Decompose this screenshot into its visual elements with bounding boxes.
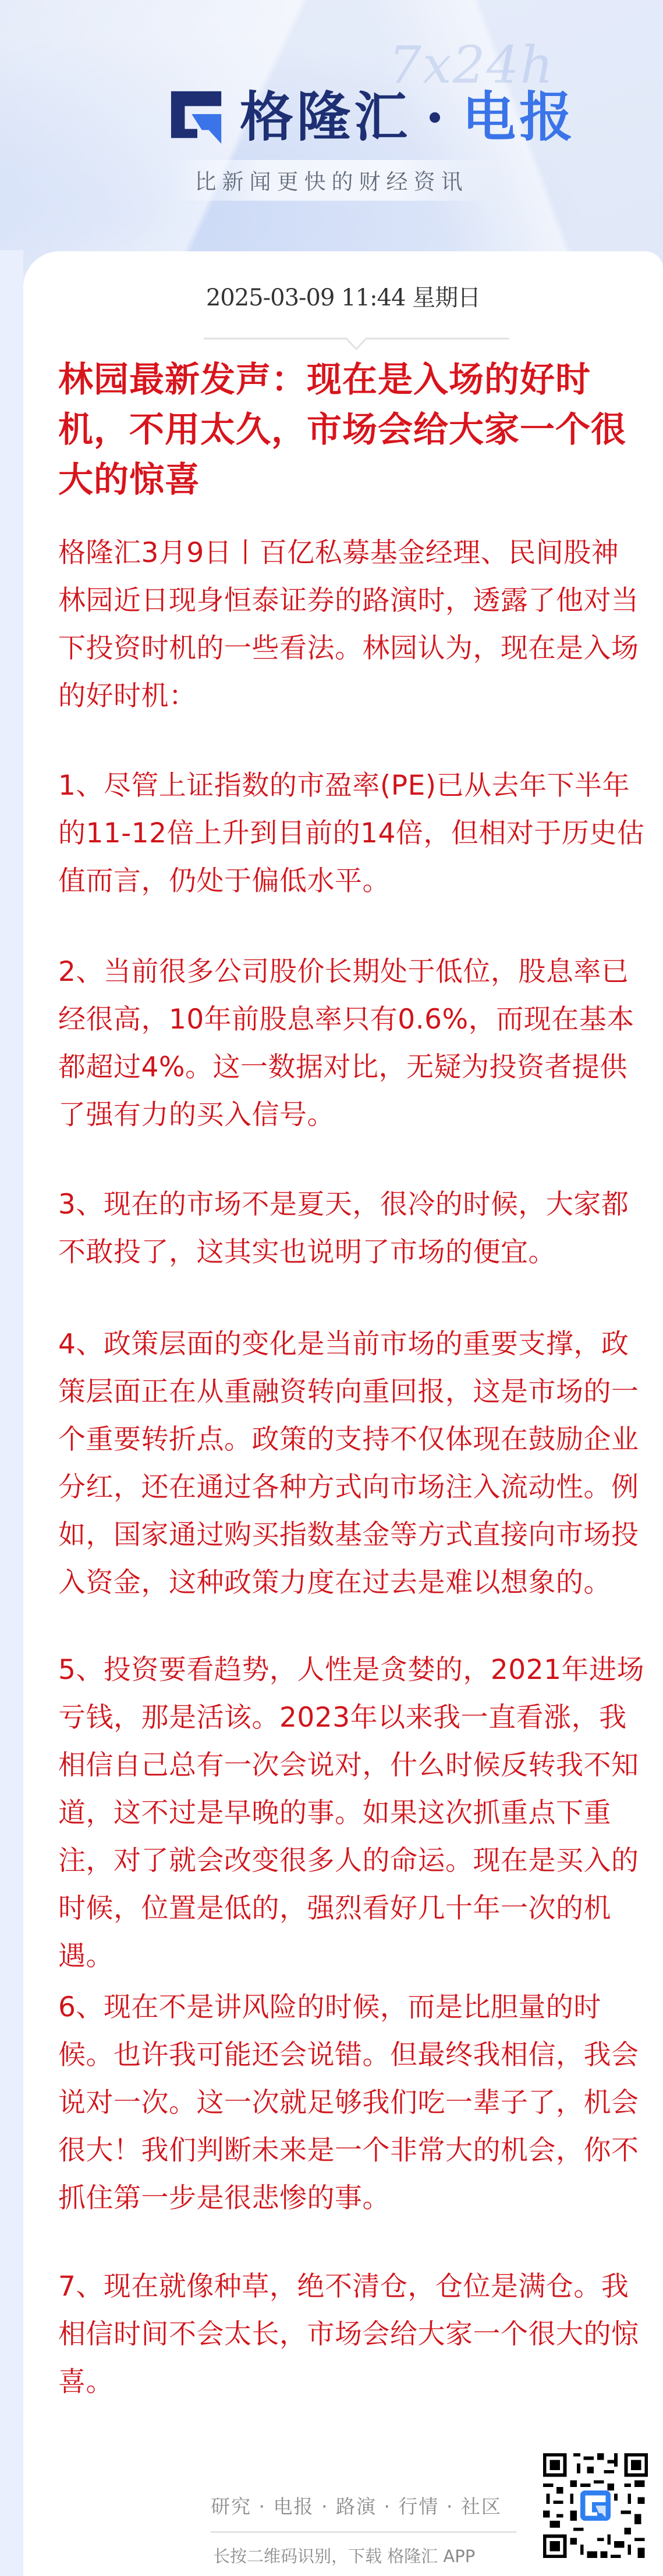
brand-header: 格隆汇 电报 bbox=[169, 83, 576, 152]
article-title: 林园最新发声：现在是入场的好时机，不用太久，市场会给大家一个很大的惊喜 bbox=[58, 355, 646, 505]
page-margin bbox=[0, 250, 23, 2576]
article-paragraph-intro: 格隆汇3月9日丨百亿私募基金经理、民间股神林园近日现身恒泰证券的路演时，透露了他… bbox=[58, 529, 646, 720]
gelonghui-logo-icon bbox=[169, 89, 226, 146]
article-paragraph-7: 7、现在就像种草，绝不清仓，仓位是满仓。我相信时间不会太长，市场会给大家一个很大… bbox=[58, 2263, 646, 2406]
brand-name: 格隆汇 bbox=[240, 91, 411, 144]
brand-subtitle: 电报 bbox=[462, 91, 576, 144]
download-app-prompt: 长按二维码识别，下载 格隆汇 APP bbox=[213, 2543, 522, 2567]
article-paragraph-4: 4、政策层面的变化是当前市场的重要支撑，政策层面正在从重融资转向重回报，这是市场… bbox=[58, 1321, 646, 1607]
article-paragraph-1: 1、尽管上证指数的市盈率(PE)已从去年下半年的11-12倍上升到目前的14倍，… bbox=[58, 762, 646, 905]
footer-divider bbox=[211, 2531, 516, 2533]
slogan: 比新闻更快的财经资讯 bbox=[0, 164, 663, 195]
qr-code-icon[interactable] bbox=[540, 2450, 651, 2561]
article-paragraph-5: 5、投资要看趋势，人性是贪婪的，2021年进场亏钱，那是活该。2023年以来我一… bbox=[58, 1646, 646, 1980]
date-divider-chevron bbox=[204, 332, 509, 355]
article-paragraph-6: 6、现在不是讲风险的时候，而是比胆量的时候。也许我可能还会说错。但最终我相信，我… bbox=[58, 1984, 646, 2222]
footer-sections: 研究 · 电报 · 路演 · 行情 · 社区 bbox=[211, 2492, 516, 2519]
article-datetime: 2025-03-09 11:44 星期日 bbox=[23, 279, 663, 312]
article-paragraph-3: 3、现在的市场不是夏天，很冷的时候，大家都不敢投了，这其实也说明了市场的便宜。 bbox=[58, 1181, 646, 1276]
brand-separator-dot bbox=[430, 112, 440, 123]
article-paragraph-2: 2、当前很多公司股价长期处于低位，股息率已经很高，10年前股息率只有0.6%，而… bbox=[58, 948, 646, 1139]
